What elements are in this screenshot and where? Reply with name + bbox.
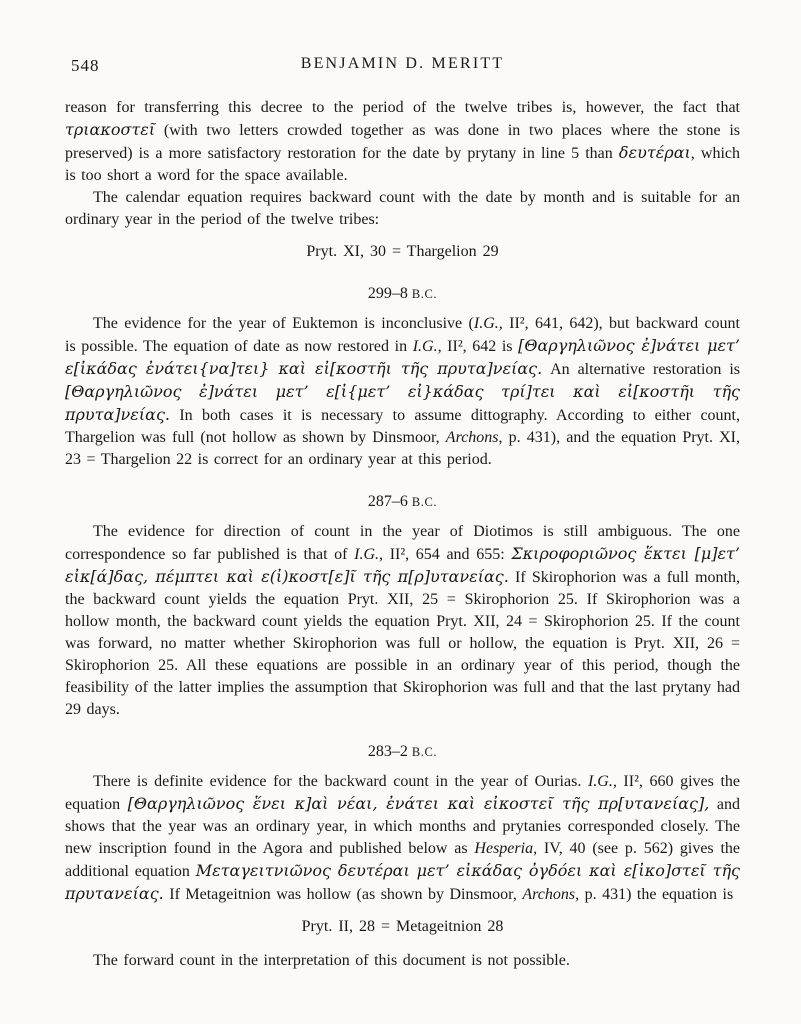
section-heading-299-8-bc: 299–8 B.C. bbox=[65, 283, 740, 305]
paragraph-forward-count: The forward count in the interpretation … bbox=[65, 950, 740, 972]
section-heading-287-6-bc: 287–6 B.C. bbox=[65, 491, 740, 513]
page-body: reason for transferring this decree to t… bbox=[65, 97, 740, 972]
page-number: 548 bbox=[71, 56, 100, 76]
section-heading-283-2-bc: 283–2 B.C. bbox=[65, 741, 740, 763]
running-head: BENJAMIN D. MERITT bbox=[65, 55, 740, 73]
paragraph-diotimos: The evidence for direction of count in t… bbox=[65, 521, 740, 721]
paragraph-transfer-decree: reason for transferring this decree to t… bbox=[65, 97, 740, 187]
paragraph-ourias: There is definite evidence for the backw… bbox=[65, 771, 740, 906]
equation-pryt-ii-metageitnion: Pryt. II, 28 = Metageitnion 28 bbox=[65, 916, 740, 938]
page-header: 548 BENJAMIN D. MERITT bbox=[65, 55, 740, 77]
equation-pryt-xi-thargelion: Pryt. XI, 30 = Thargelion 29 bbox=[65, 241, 740, 263]
paragraph-euktemon: The evidence for the year of Euktemon is… bbox=[65, 313, 740, 471]
paragraph-calendar-equation: The calendar equation requires backward … bbox=[65, 187, 740, 231]
page: 548 BENJAMIN D. MERITT reason for transf… bbox=[0, 0, 801, 1024]
